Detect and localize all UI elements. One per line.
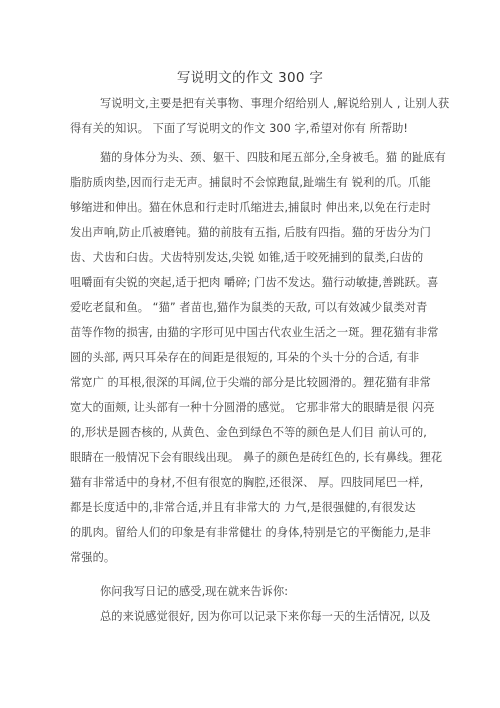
text-line: 常宽广 的耳根,很深的耳阔,位于尖端的部分是比较圆滑的。狸花猫有非常: [70, 375, 432, 391]
text-line: 的,形状是圆杏核的, 从黄色、金色到绿色不等的颜色是人们目 前认可的,: [70, 425, 432, 441]
text-line: 的肌肉。留给人们的印象是有非常健壮 的身体,特别是它的平衡能力,是非: [70, 525, 432, 541]
text-line: 得有关的知识。 下面了写说明文的作文 300 字,希望对你有 所帮助!: [70, 121, 432, 137]
text-line: 爱吃老鼠和鱼。 “猫” 者苗也,猫作为鼠类的天敌, 可以有效减少鼠类对青: [70, 300, 432, 316]
text-line: 圆的头部, 两只耳朵存在的间距是很短的, 耳朵的个头十分的合适, 有非: [70, 350, 432, 366]
text-line: 齿、犬齿和臼齿。犬齿特别发达,尖锐 如锥,适于咬死捕到的鼠类,臼齿的: [70, 250, 432, 266]
text-line: 脂肪质肉垫,因而行走无声。捕鼠时不会惊跑鼠,趾端生有 锐利的爪。爪能: [70, 175, 432, 191]
text-line: 常强的。: [70, 550, 432, 566]
text-line: 咀嚼面有尖锐的突起,适于把肉 嚼碎; 门齿不发达。猫行动敏捷,善跳跃。喜: [70, 275, 432, 291]
document-title: 写说明文的作文 300 字: [0, 66, 500, 86]
text-line: 你问我写日记的感受,现在就来告诉你:: [100, 584, 462, 600]
document-page: 写说明文的作文 300 字 写说明文,主要是把有关事物、事理介绍给别人 ,解说给…: [0, 0, 500, 708]
text-line: 猫有非常适中的身材,不但有很宽的胸腔,还很深、 厚。四肢同尾巴一样,: [70, 475, 432, 491]
text-line: 宽大的面颊, 让头部有一种十分圆滑的感觉。 它那非常大的眼睛是很 闪亮: [70, 400, 432, 416]
text-line: 猫的身体分为头、颈、躯干、四肢和尾五部分,全身被毛。猫 的趾底有: [100, 150, 462, 166]
text-line: 都是长度适中的,非常合适,并且有非常大的 力气,是很强健的,有很发达: [70, 500, 432, 516]
text-line: 发出声响,防止爪被磨钝。猫的前肢有五指, 后肢有四指。猫的牙齿分为门: [70, 225, 432, 241]
text-line: 总的来说感觉很好, 因为你可以记录下来你每一天的生活情况, 以及: [100, 609, 462, 625]
text-line: 够缩进和伸出。猫在休息和行走时爪缩进去,捕鼠时 伸出来,以免在行走时: [70, 200, 432, 216]
text-line: 眼睛在一般情况下会有眼线出现。 鼻子的颜色是砖红色的, 长有鼻线。狸花: [70, 450, 432, 466]
text-line: 写说明文,主要是把有关事物、事理介绍给别人 ,解说给别人 , 让别人获: [100, 96, 462, 112]
text-line: 苗等作物的损害, 由猫的字形可见中国古代农业生活之一斑。狸花猫有非常: [70, 325, 432, 341]
